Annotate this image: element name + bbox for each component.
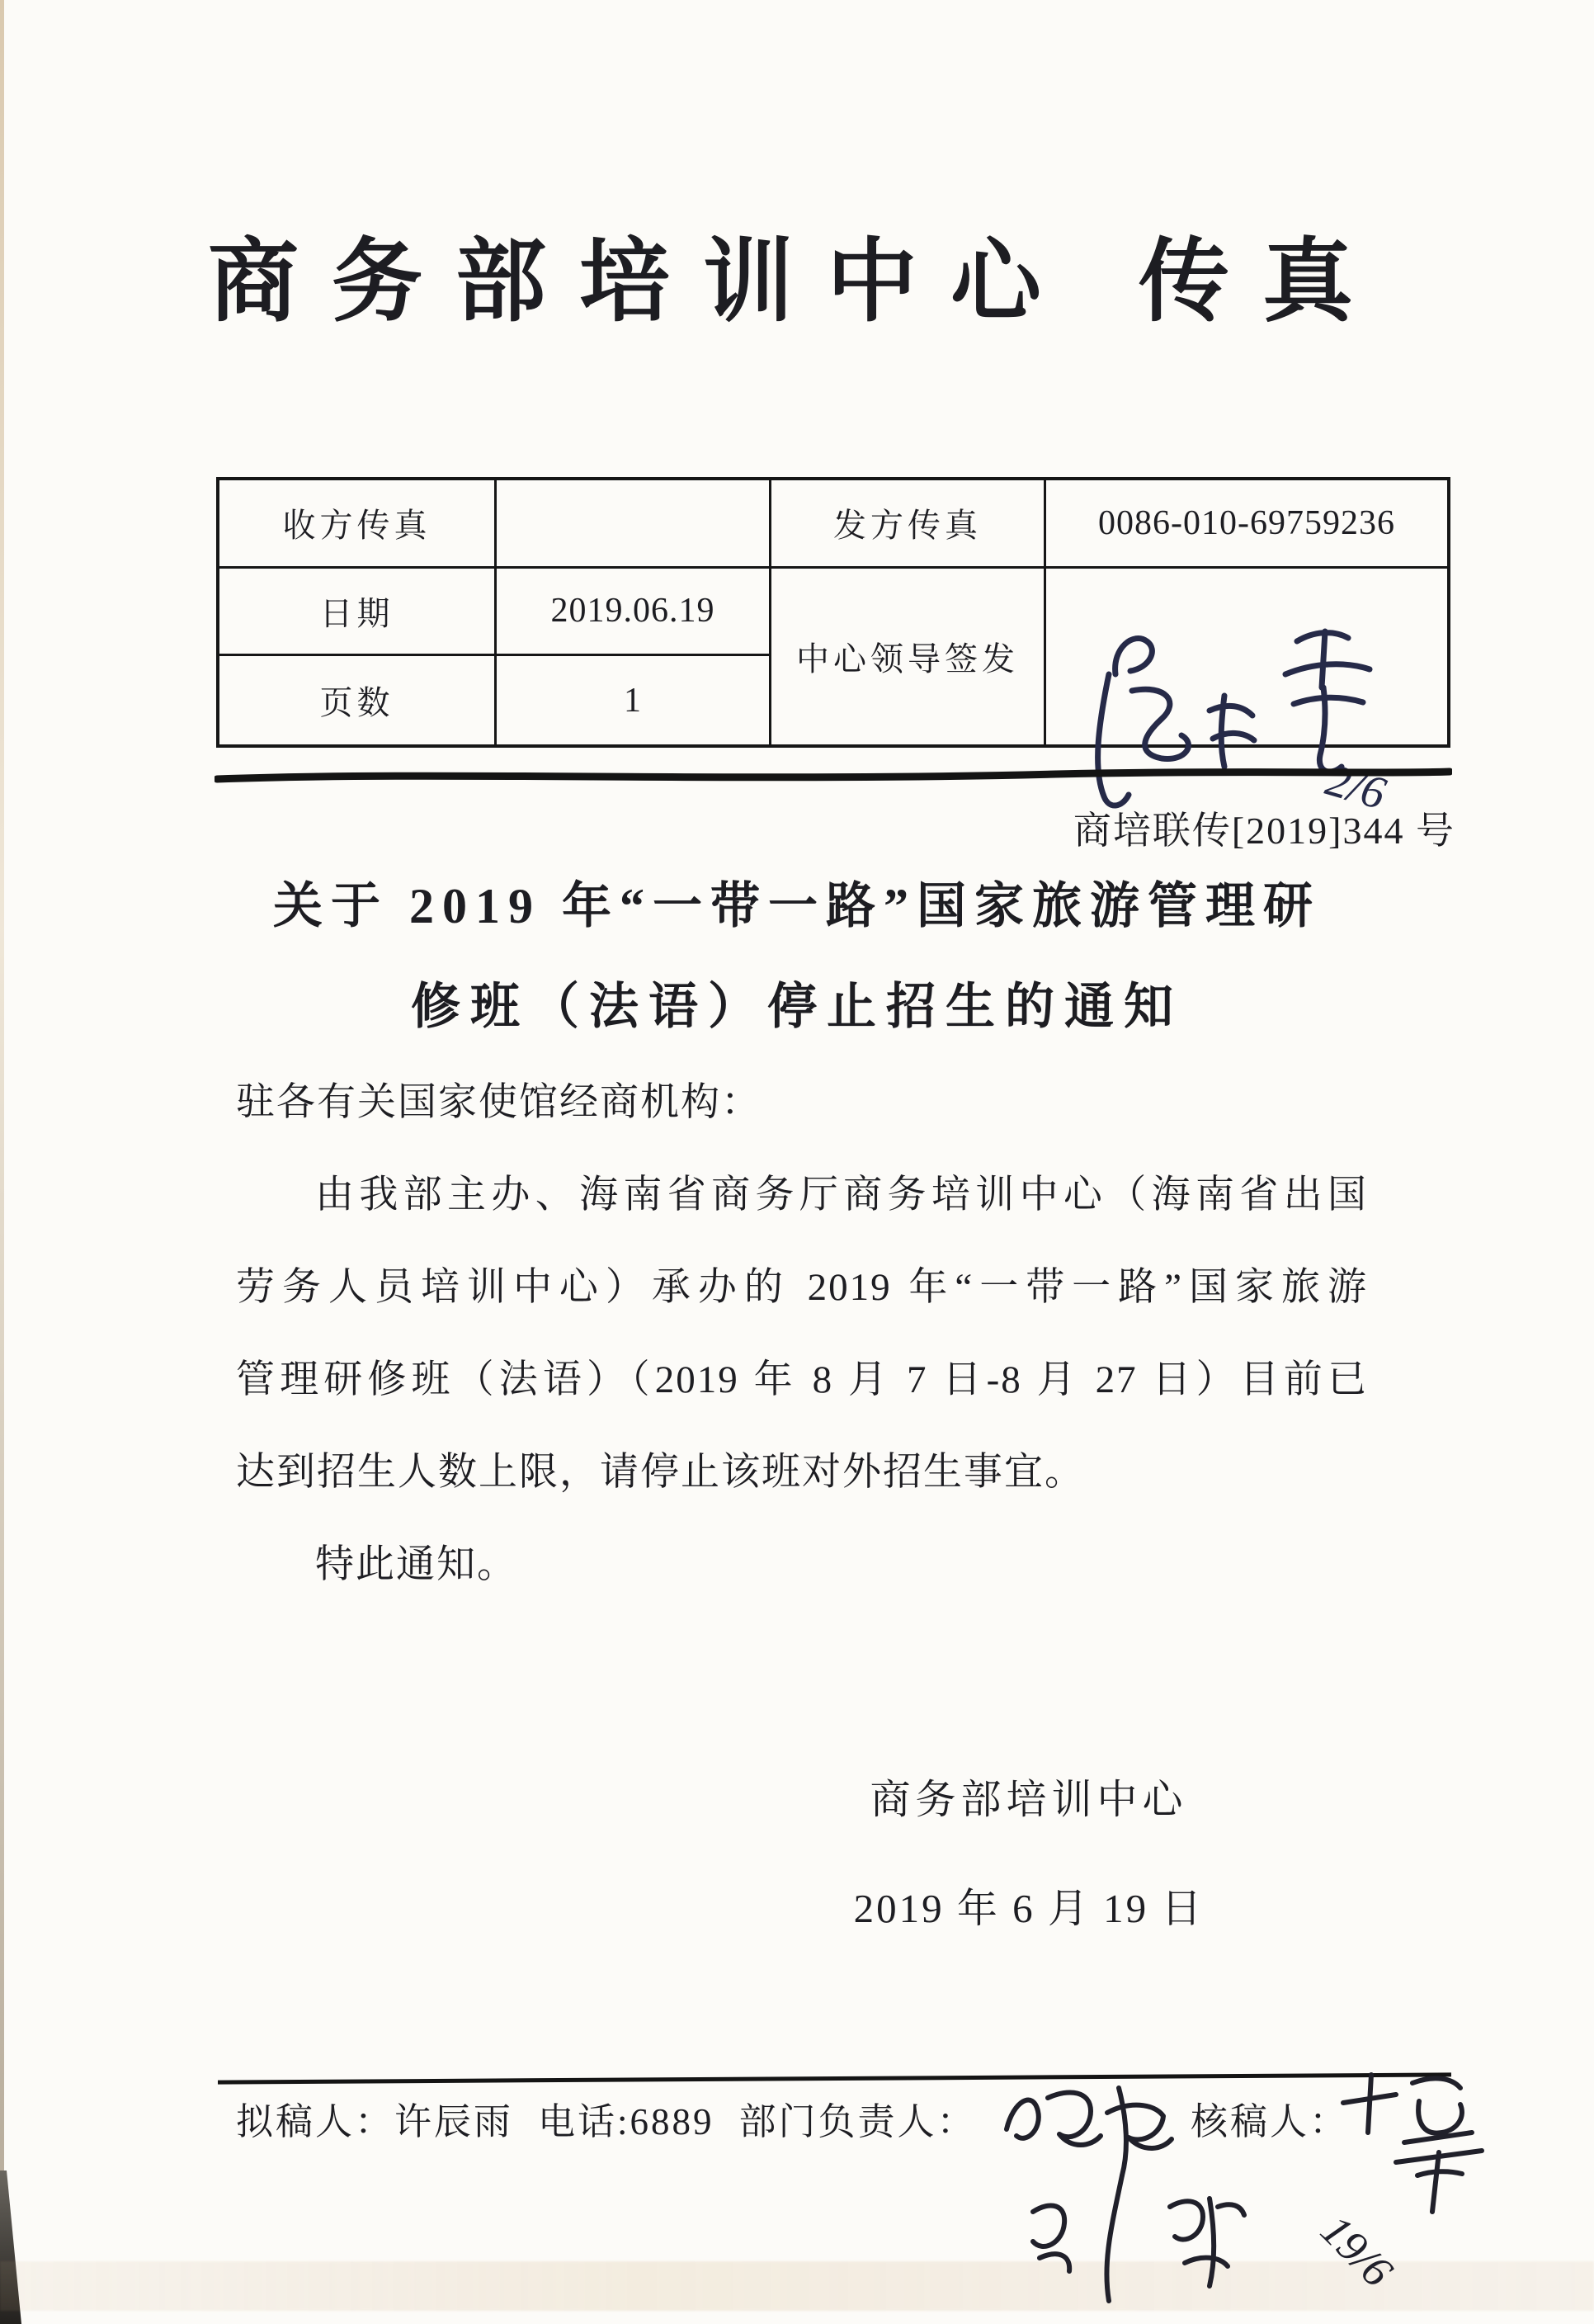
- date-value: 2019.06.19: [497, 569, 771, 657]
- phone-value: 6889: [630, 2101, 714, 2142]
- signoff-org: 商务部培训中心: [699, 1768, 1359, 1826]
- recipient-fax-label: 收方传真: [219, 480, 497, 569]
- scanned-fax-document: 商务部培训中心 传真 收方传真 发方传真 0086-010-69759236 日…: [0, 0, 1594, 2324]
- date-label: 日期: [219, 569, 497, 657]
- drafter-label: 拟稿人：: [236, 2101, 394, 2142]
- fax-header: 商务部培训中心 传真: [0, 221, 1594, 344]
- dept-head-label: 部门负责人：: [739, 2101, 977, 2142]
- signoff-date: 2019 年 6 月 19 日: [699, 1877, 1359, 1934]
- recipient-fax-value: [497, 480, 771, 569]
- leader-signature-cell: 2/6: [1046, 569, 1447, 744]
- fax-info-table: 收方传真 发方传真 0086-010-69759236 日期 2019.06.1…: [216, 477, 1450, 748]
- body-line: 由我部主办、海南省商务厅商务培训中心（海南省出国: [236, 1149, 1368, 1241]
- sender-fax-value: 0086-010-69759236: [1046, 480, 1447, 569]
- reviewer-label: 核稿人：: [1191, 2091, 1349, 2145]
- notice-title-line2: 修班（法语）停止招生的通知: [0, 967, 1594, 1038]
- scan-paper-texture: [0, 2261, 1594, 2311]
- signoff-block: 商务部培训中心 2019 年 6 月 19 日: [699, 1768, 1359, 1934]
- body-salutation: 驻各有关国家使馆经商机构：: [236, 1056, 1368, 1149]
- doc-number: 商培联传[2019]344 号: [1073, 801, 1455, 855]
- body-closing: 特此通知。: [236, 1519, 1368, 1611]
- leader-sign-label: 中心领导签发: [771, 569, 1046, 744]
- pages-value: 1: [497, 656, 771, 744]
- body-line: 管理研修班（法语）（2019 年 8 月 7 日-8 月 27 日）目前已: [236, 1334, 1368, 1426]
- section-divider-thick: [215, 766, 1452, 786]
- footer-divider: [218, 2072, 1451, 2084]
- body-line: 劳务人员培训中心）承办的 2019 年“一带一路”国家旅游: [236, 1241, 1368, 1334]
- notice-title-line1: 关于 2019 年“一带一路”国家旅游管理研: [0, 867, 1594, 938]
- header-org-title: 商务部培训中心: [208, 221, 1074, 344]
- body-line: 达到招生人数上限，请停止该班对外招生事宜。: [236, 1426, 1368, 1519]
- leader-signature-handwriting: 2/6: [1051, 598, 1439, 821]
- phone-label: 电话:: [538, 2101, 630, 2142]
- pages-label: 页数: [219, 656, 497, 744]
- header-doc-type: 传真: [1139, 221, 1386, 344]
- notice-body: 驻各有关国家使馆经商机构： 由我部主办、海南省商务厅商务培训中心（海南省出国 劳…: [236, 1056, 1368, 1611]
- scan-edge-artifact: [0, 0, 4, 2324]
- drafter-name: 许辰雨: [394, 2101, 513, 2142]
- sender-fax-label: 发方传真: [771, 480, 1046, 569]
